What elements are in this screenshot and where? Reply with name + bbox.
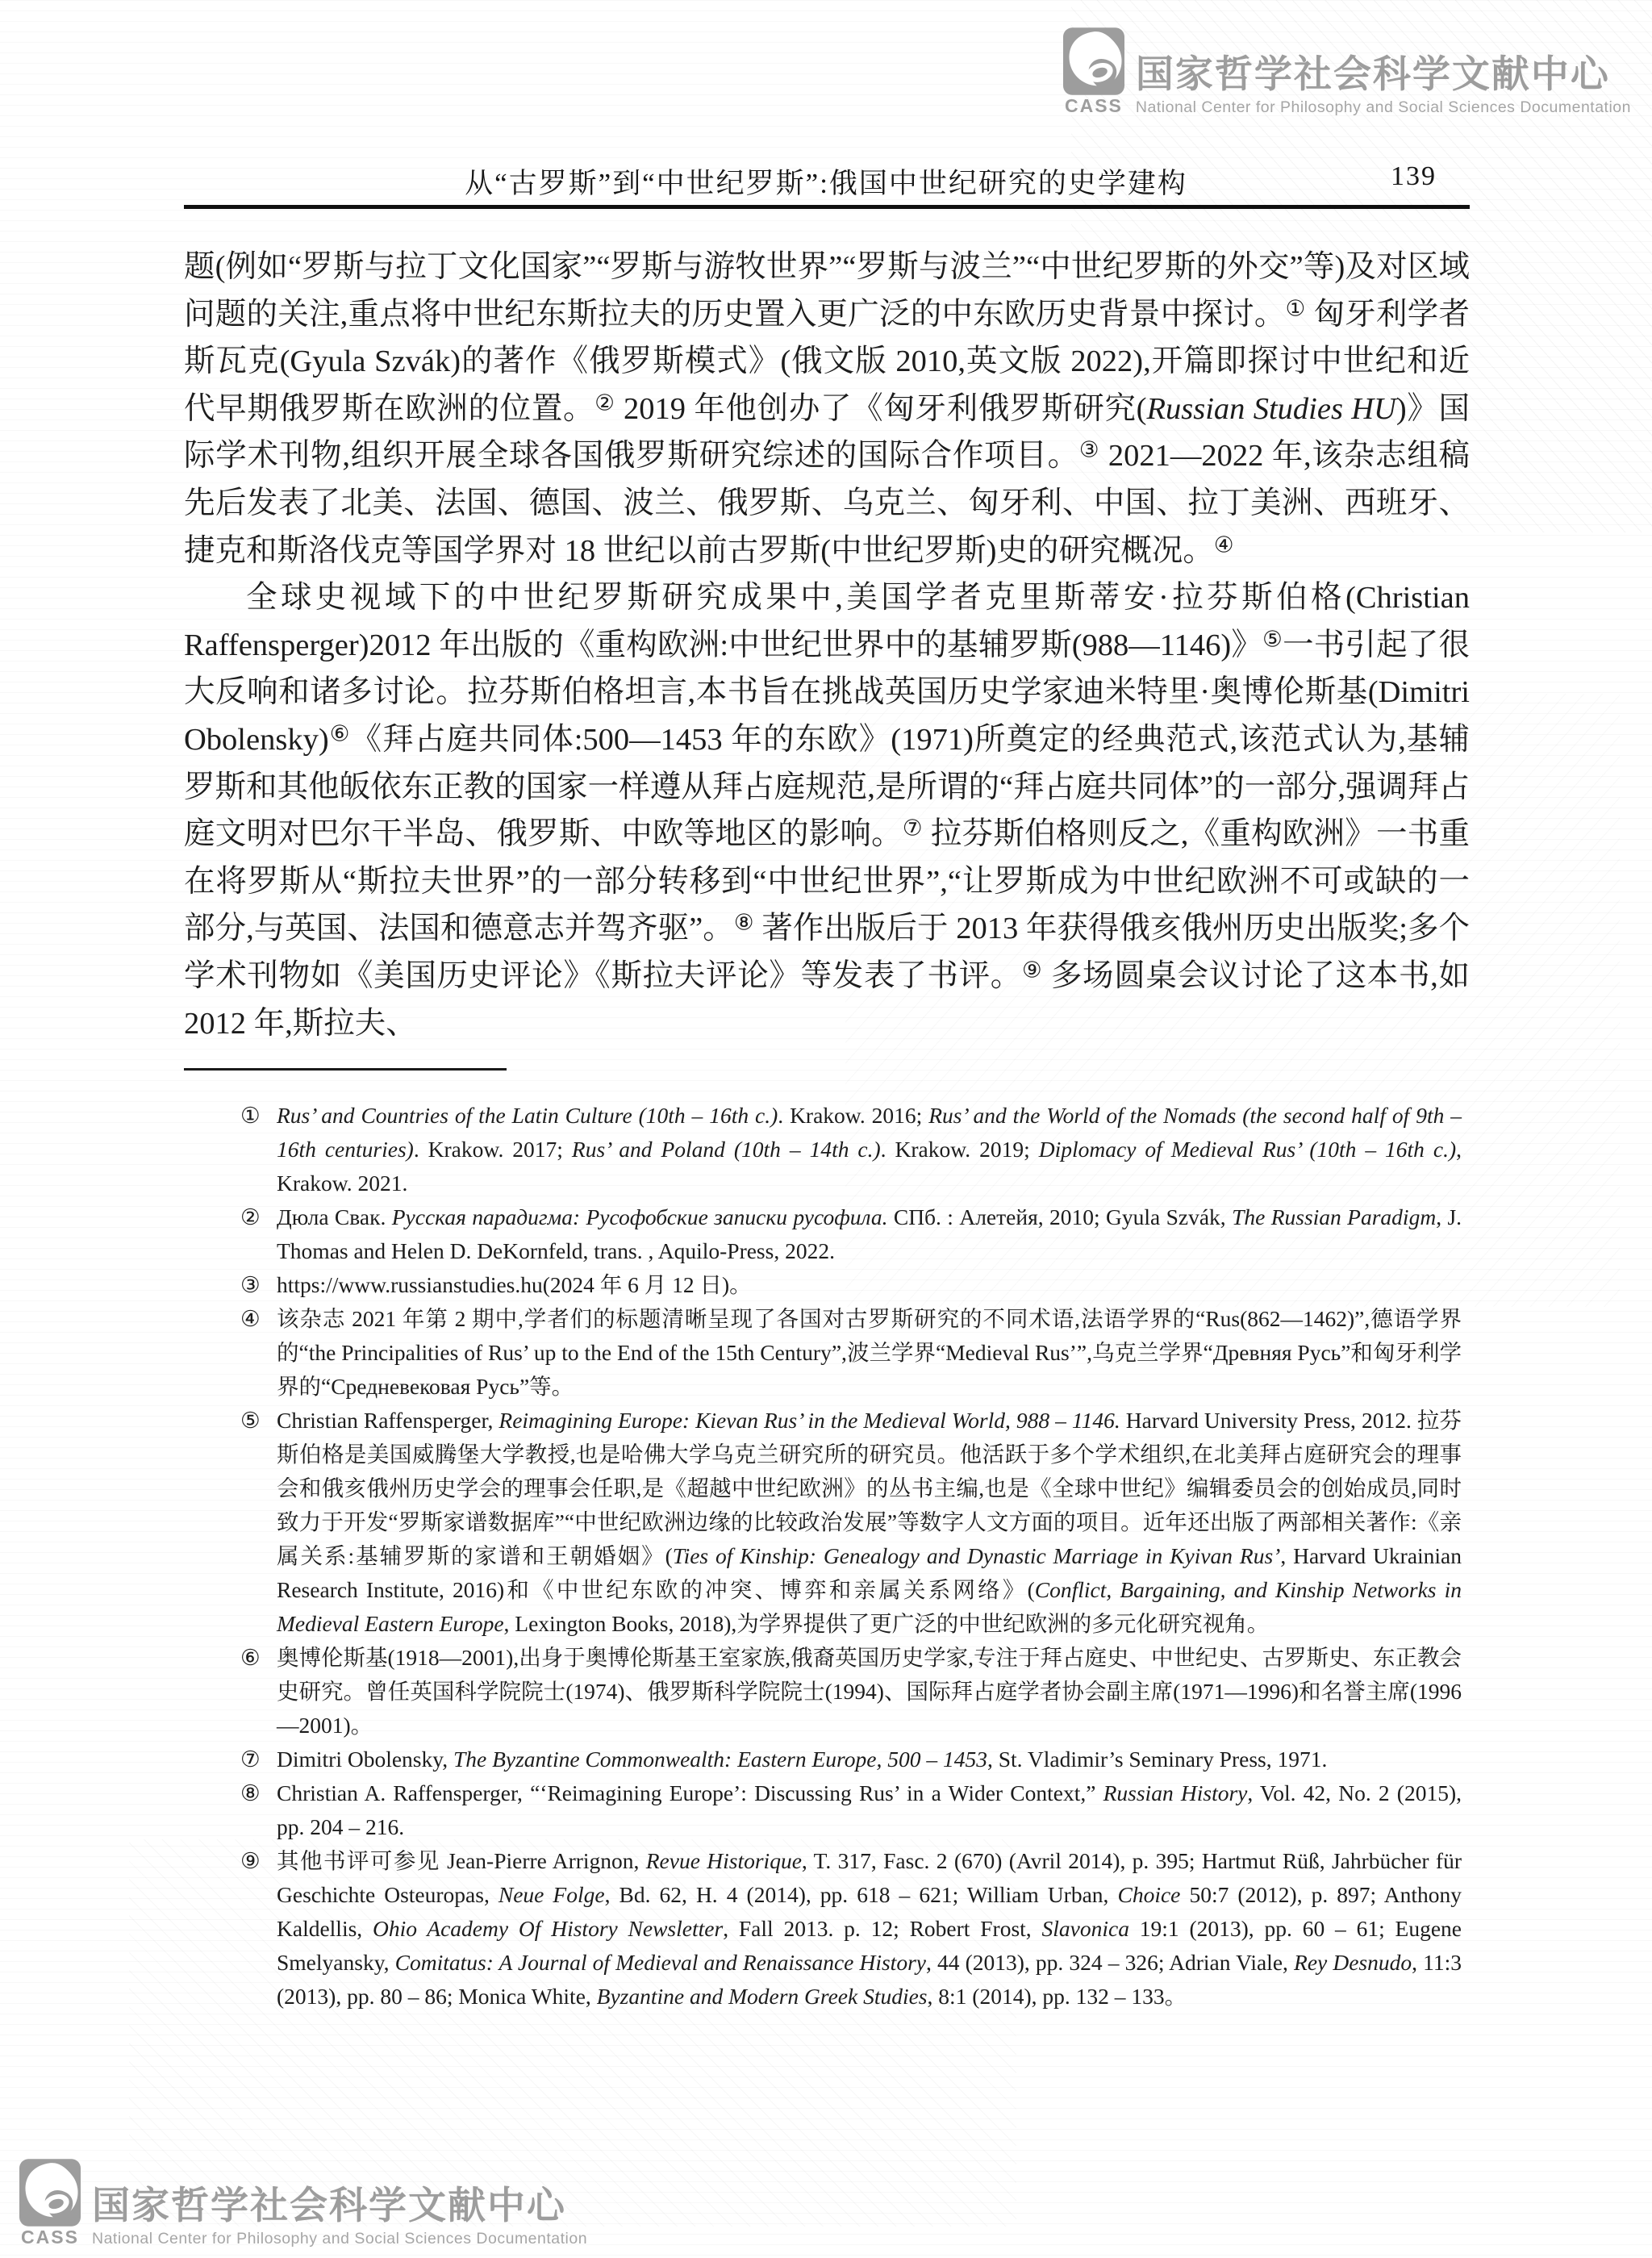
- footnote-text: Rus’ and Countries of the Latin Culture …: [277, 1099, 1462, 1200]
- footnote-marker: ④: [240, 1302, 277, 1404]
- footnote-text: 该杂志 2021 年第 2 期中,学者们的标题清晰呈现了各国对古罗斯研究的不同术…: [277, 1302, 1462, 1404]
- cass-logo-name-cn: 国家哲学社会科学文献中心: [1136, 53, 1631, 95]
- cass-logo-icon: [1063, 27, 1124, 95]
- footnote-row: ④ 该杂志 2021 年第 2 期中,学者们的标题清晰呈现了各国对古罗斯研究的不…: [240, 1302, 1462, 1404]
- footnote-row: ③ https://www.russianstudies.hu(2024 年 6…: [240, 1268, 1462, 1302]
- footnote-row: ⑨ 其他书评可参见 Jean-Pierre Arrignon, Revue Hi…: [240, 1844, 1462, 2014]
- cass-logo-name-en: National Center for Philosophy and Socia…: [1136, 100, 1631, 116]
- cass-logo-icon: [19, 2159, 81, 2227]
- cass-logo-top: 国家哲学社会科学文献中心 CASS National Center for Ph…: [1063, 27, 1631, 115]
- cass-logo-name-en: National Center for Philosophy and Socia…: [92, 2231, 587, 2248]
- footnote-text: Christian A. Raffensperger, “‘Reimaginin…: [277, 1776, 1462, 1844]
- footnote-row: ① Rus’ and Countries of the Latin Cultur…: [240, 1099, 1462, 1200]
- footnote-row: ② Дюла Свак. Русская парадигма: Русофобс…: [240, 1200, 1462, 1268]
- body-text: 题(例如“罗斯与拉丁文化国家”“罗斯与游牧世界”“罗斯与波兰”“中世纪罗斯的外交…: [184, 244, 1470, 1047]
- cass-logo-name-cn: 国家哲学社会科学文献中心: [92, 2185, 587, 2227]
- footnote-marker: ⑨: [240, 1844, 277, 2014]
- footnote-row: ⑧ Christian A. Raffensperger, “‘Reimagin…: [240, 1776, 1462, 1844]
- footnote-text: Дюла Свак. Русская парадигма: Русофобски…: [277, 1200, 1462, 1268]
- footnote-text: https://www.russianstudies.hu(2024 年 6 月…: [277, 1268, 1462, 1302]
- header-rule: [184, 205, 1470, 209]
- journal-page: 国家哲学社会科学文献中心 CASS National Center for Ph…: [0, 0, 1652, 2258]
- footnote-marker: ⑤: [240, 1404, 277, 1641]
- footnote-marker: ⑦: [240, 1743, 277, 1776]
- footnote-row: ⑥ 奥博伦斯基(1918—2001),出身于奥博伦斯基王室家族,俄裔英国历史学家…: [240, 1641, 1462, 1743]
- footnote-marker: ②: [240, 1200, 277, 1268]
- footnote-marker: ⑥: [240, 1641, 277, 1743]
- cass-logo-bottom: 国家哲学社会科学文献中心 CASS National Center for Ph…: [19, 2159, 587, 2247]
- footnote-separator-rule: [184, 1068, 507, 1071]
- footnote-row: ⑤ Christian Raffensperger, Reimagining E…: [240, 1404, 1462, 1641]
- cass-logo-acronym: CASS: [19, 2228, 81, 2247]
- footnote-marker: ①: [240, 1099, 277, 1200]
- footnote-text: 奥博伦斯基(1918—2001),出身于奥博伦斯基王室家族,俄裔英国历史学家,专…: [277, 1641, 1462, 1743]
- cass-logo-acronym: CASS: [1063, 97, 1124, 115]
- footnote-text: 其他书评可参见 Jean-Pierre Arrignon, Revue Hist…: [277, 1844, 1462, 2014]
- page-number: 139: [1391, 161, 1437, 192]
- footnote-text: Christian Raffensperger, Reimagining Eur…: [277, 1404, 1462, 1641]
- footnotes: ① Rus’ and Countries of the Latin Cultur…: [240, 1099, 1462, 2014]
- body-paragraph-2: 全球史视域下的中世纪罗斯研究成果中,美国学者克里斯蒂安·拉芬斯伯格(Christ…: [184, 574, 1470, 1047]
- footnote-marker: ⑧: [240, 1776, 277, 1844]
- footnote-row: ⑦ Dimitri Obolensky, The Byzantine Commo…: [240, 1743, 1462, 1776]
- footnote-marker: ③: [240, 1268, 277, 1302]
- body-paragraph-1: 题(例如“罗斯与拉丁文化国家”“罗斯与游牧世界”“罗斯与波兰”“中世纪罗斯的外交…: [184, 244, 1470, 574]
- footnote-text: Dimitri Obolensky, The Byzantine Commonw…: [277, 1743, 1462, 1776]
